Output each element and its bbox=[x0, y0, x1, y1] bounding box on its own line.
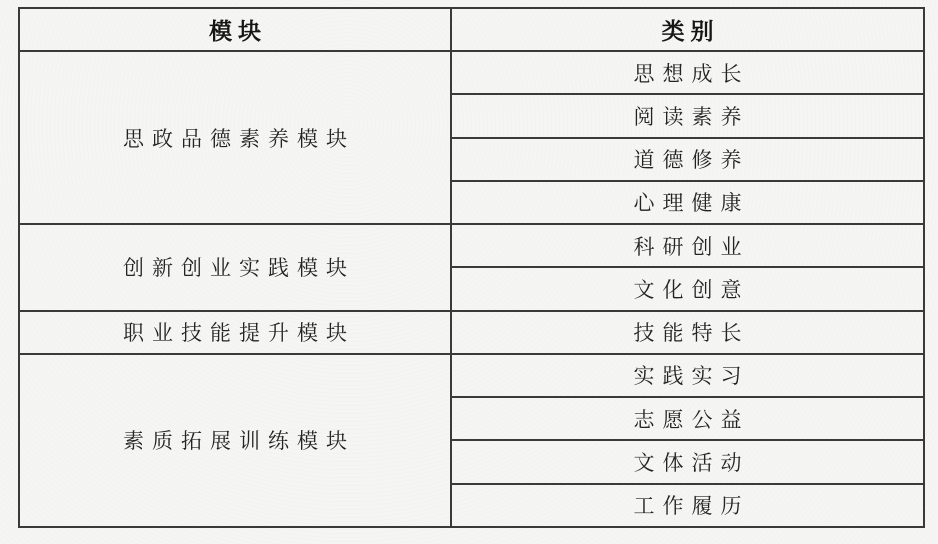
category-cell: 阅读素养 bbox=[451, 94, 924, 137]
category-cell: 科研创业 bbox=[451, 224, 924, 267]
module-category-table: 模块 类别 思政品德素养模块 思想成长 阅读素养 道德修养 心理健康 创新创业实… bbox=[18, 7, 925, 528]
category-label: 志愿公益 bbox=[634, 408, 750, 432]
table-header-row: 模块 类别 bbox=[19, 8, 924, 51]
category-cell: 文化创意 bbox=[451, 267, 924, 310]
module-cell-innovation: 创新创业实践模块 bbox=[19, 224, 451, 311]
module-label: 职业技能提升模块 bbox=[123, 321, 355, 345]
category-cell: 道德修养 bbox=[451, 138, 924, 181]
category-cell: 文体活动 bbox=[451, 440, 924, 483]
category-label: 文化创意 bbox=[634, 278, 750, 302]
module-cell-vocational: 职业技能提升模块 bbox=[19, 311, 451, 354]
category-cell: 实践实习 bbox=[451, 354, 924, 397]
category-cell: 心理健康 bbox=[451, 181, 924, 224]
category-label: 道德修养 bbox=[634, 148, 750, 172]
header-category: 类别 bbox=[451, 8, 924, 51]
table-row: 职业技能提升模块 技能特长 bbox=[19, 311, 924, 354]
category-label: 文体活动 bbox=[634, 451, 750, 475]
table-row: 创新创业实践模块 科研创业 bbox=[19, 224, 924, 267]
module-label: 创新创业实践模块 bbox=[123, 256, 355, 280]
module-cell-ideological: 思政品德素养模块 bbox=[19, 51, 451, 224]
header-category-label: 类别 bbox=[662, 18, 720, 44]
module-label: 思政品德素养模块 bbox=[123, 127, 355, 151]
document-page: 模块 类别 思政品德素养模块 思想成长 阅读素养 道德修养 心理健康 创新创业实… bbox=[0, 0, 938, 544]
module-label: 素质拓展训练模块 bbox=[123, 429, 355, 453]
category-cell: 技能特长 bbox=[451, 311, 924, 354]
category-label: 思想成长 bbox=[634, 62, 750, 86]
table-row: 思政品德素养模块 思想成长 bbox=[19, 51, 924, 94]
category-label: 阅读素养 bbox=[634, 105, 750, 129]
category-label: 科研创业 bbox=[634, 235, 750, 259]
category-label: 工作履历 bbox=[634, 494, 750, 518]
header-module: 模块 bbox=[19, 8, 451, 51]
category-cell: 工作履历 bbox=[451, 484, 924, 527]
category-label: 实践实习 bbox=[634, 364, 750, 388]
category-label: 技能特长 bbox=[634, 321, 750, 345]
module-cell-quality: 素质拓展训练模块 bbox=[19, 354, 451, 527]
header-module-label: 模块 bbox=[209, 18, 267, 44]
category-label: 心理健康 bbox=[634, 191, 750, 215]
table-row: 素质拓展训练模块 实践实习 bbox=[19, 354, 924, 397]
category-cell: 思想成长 bbox=[451, 51, 924, 94]
category-cell: 志愿公益 bbox=[451, 397, 924, 440]
